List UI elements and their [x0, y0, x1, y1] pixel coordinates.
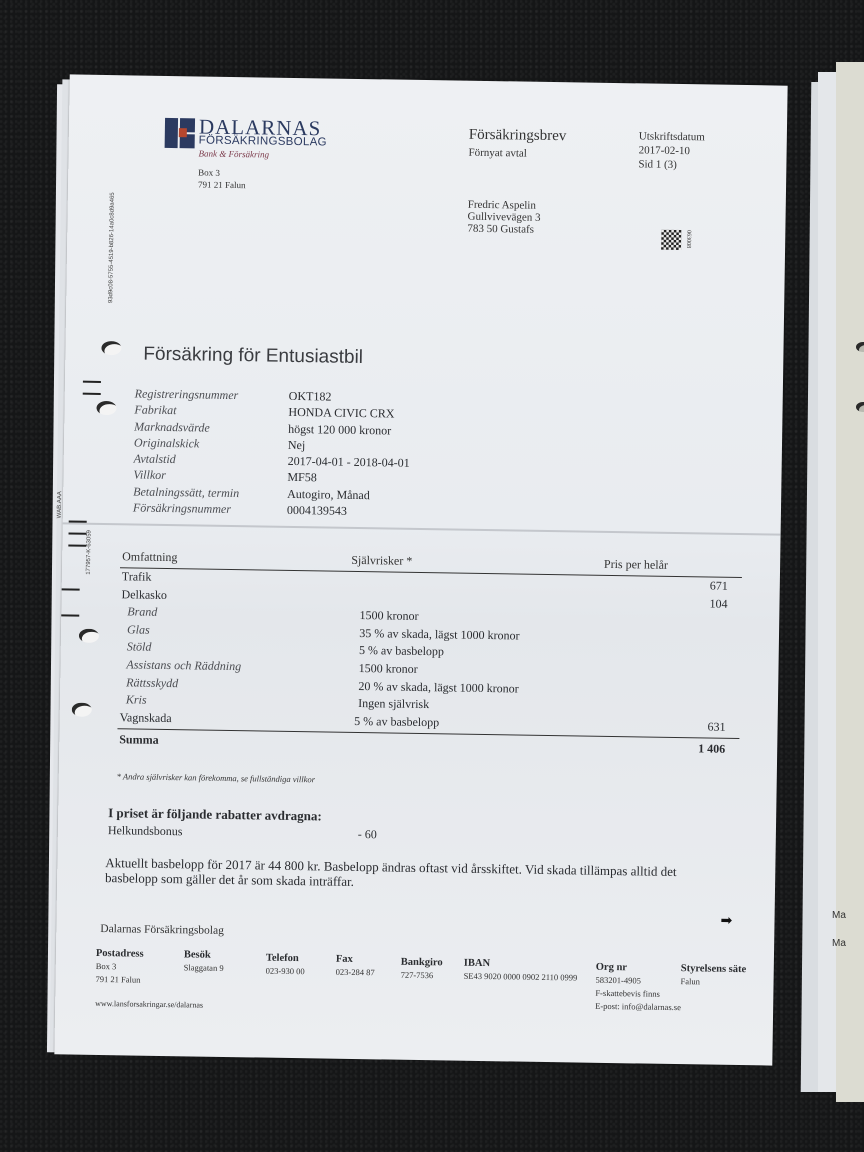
footer-line: Falun — [680, 975, 746, 989]
sender-address: Box 3 791 21 Falun — [198, 166, 246, 191]
footer-line: 727-7536 — [401, 969, 443, 983]
discount-heading: I priset är följande rabatter avdragna: — [108, 805, 322, 824]
margin-code: 177957-K-63059 — [86, 530, 93, 575]
fact-label: Försäkringsnummer — [133, 500, 287, 519]
print-date: 2017-02-10 — [639, 143, 705, 158]
fact-value: OKT182 — [289, 388, 332, 405]
fact-value: HONDA CIVIC CRX — [288, 404, 394, 422]
logo-tagline: Bank & Försäkring — [198, 148, 269, 159]
margin-label: WAB.AAA — [57, 491, 63, 518]
arrow-right-icon: ➡ — [720, 913, 732, 930]
footer-line: Slaggatan 9 — [184, 961, 224, 975]
fact-value: MF58 — [287, 469, 317, 486]
coverage-price: 104 — [600, 593, 741, 613]
fold-mark — [69, 532, 87, 534]
coverage-price — [600, 681, 740, 701]
footer-line: SE43 9020 0000 0902 2110 0999 — [464, 970, 578, 985]
coverage-item: Vagnskada — [118, 709, 355, 730]
logo-company-sub: FÖRSÄKRINGSBOLAG — [199, 134, 327, 148]
fold-mark — [69, 520, 87, 522]
policy-title: Försäkring för Entusiastbil — [143, 344, 363, 369]
fold-mark — [83, 381, 101, 383]
fold-mark — [68, 544, 86, 546]
fact-value: 2017-04-01 - 2018-04-01 — [288, 453, 410, 471]
footer-company: Dalarnas Försäkringsbolag — [100, 923, 224, 937]
page-number: Sid 1 (3) — [638, 157, 704, 172]
document-title: Försäkringsbrev — [469, 127, 567, 146]
fold-mark — [62, 588, 80, 590]
footer-line: F-skattebevis finns — [595, 987, 681, 1001]
coverage-table: Omfattning Självrisker * Pris per helår … — [117, 549, 742, 759]
coverage-price — [600, 664, 740, 684]
side-label: Ma — [832, 938, 846, 949]
footer-line: 583201-4905 — [595, 974, 681, 988]
datamatrix-number: 063008 — [685, 230, 691, 248]
punch-hole — [856, 342, 864, 352]
coverage-price — [600, 699, 740, 719]
coverage-price: 631 — [598, 717, 739, 737]
footer-column: Telefon023-930 00 — [266, 952, 305, 979]
punch-hole — [72, 703, 92, 717]
footer-heading: Org nr — [596, 961, 682, 975]
footer-column: BesökSlaggatan 9 — [184, 948, 224, 975]
punch-hole — [79, 629, 99, 643]
footer-column: IBANSE43 9020 0000 0902 2110 0999 — [464, 957, 578, 985]
fact-value: 0004139543 — [287, 502, 347, 519]
footer-column: Bankgiro727-7536 — [401, 956, 443, 983]
footer-column: PostadressBox 3791 21 Falun — [95, 947, 143, 987]
punch-hole — [96, 401, 116, 415]
print-meta: Utskriftsdatum 2017-02-10 Sid 1 (3) — [638, 129, 705, 172]
fact-value: Autogiro, Månad — [287, 486, 370, 504]
punch-hole — [856, 402, 864, 412]
footer-heading: Besök — [184, 948, 224, 962]
fold-mark — [83, 393, 101, 395]
recipient-name: Fredric Aspelin — [468, 199, 541, 212]
paper-fold — [63, 522, 781, 535]
policy-facts: RegistreringsnummerOKT182FabrikatHONDA C… — [133, 385, 411, 520]
footer-line: 023-284 87 — [336, 966, 375, 980]
insurance-letter: 93d9c08-5755-4519-b826-14a0c8d9a465 1779… — [54, 74, 787, 1065]
coverage-price — [601, 646, 741, 666]
footer-website: www.lansforsakringar.se/dalarnas — [95, 999, 203, 1010]
discount-row: Helkundsbonus - 60 — [108, 823, 408, 843]
coverage-deductible: 5 % av basbelopp — [354, 713, 599, 734]
footer-heading: Postadress — [96, 947, 144, 961]
side-label: Ma — [832, 910, 846, 921]
fact-value: Nej — [288, 437, 306, 454]
recipient-address: Fredric Aspelin Gullvivevägen 3 783 50 G… — [467, 199, 541, 236]
punch-hole — [101, 341, 121, 355]
footer-column: Org nr583201-4905F-skattebevis finnsE-po… — [595, 961, 682, 1014]
coverage-price — [601, 629, 741, 649]
deductible-footnote: * Andra självrisker kan förekomma, se fu… — [117, 771, 315, 784]
footer-columns: PostadressBox 3791 21 FalunBesökSlaggata… — [96, 947, 756, 957]
margin-code: 93d9c08-5755-4519-b826-14a0c8d9a465 — [108, 192, 116, 303]
footer-line: E-post: info@dalarnas.se — [595, 1000, 681, 1014]
logo-icon — [165, 118, 195, 148]
basbelopp-paragraph: Aktuellt basbelopp för 2017 är 44 800 kr… — [105, 855, 725, 895]
fold-mark — [61, 614, 79, 616]
footer-heading: Telefon — [266, 952, 305, 966]
second-document-stack: Ma Ma — [806, 62, 864, 1102]
footer-line: 023-930 00 — [266, 965, 305, 979]
document-subtitle: Förnyat avtal — [468, 147, 527, 160]
footer-heading: Fax — [336, 953, 375, 967]
footer-heading: Bankgiro — [401, 956, 443, 970]
coverage-price — [601, 611, 741, 631]
footer-column: Styrelsens säteFalun — [680, 962, 746, 989]
footer-column: Fax023-284 87 — [336, 953, 375, 980]
print-date-label: Utskriftsdatum — [639, 129, 705, 144]
coverage-price: 671 — [601, 576, 742, 596]
fact-value: högst 120 000 kronor — [288, 420, 391, 438]
footer-line: 791 21 Falun — [95, 973, 143, 987]
footer-line: Box 3 — [96, 960, 144, 974]
datamatrix-code-icon — [661, 230, 681, 250]
recipient-postal: 783 50 Gustafs — [467, 223, 540, 236]
footer-heading: Styrelsens säte — [681, 962, 747, 976]
